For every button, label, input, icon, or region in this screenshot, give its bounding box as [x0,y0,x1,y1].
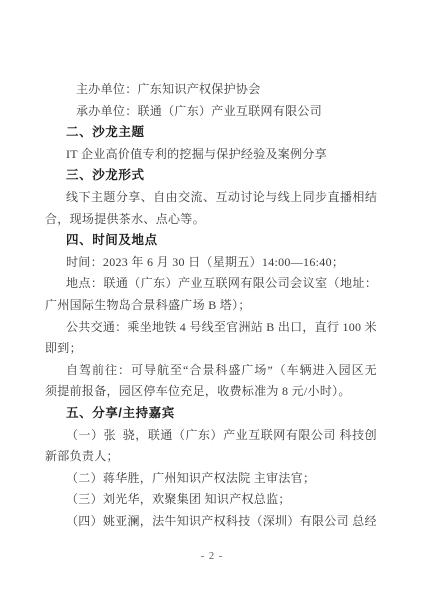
char: 产 [178,273,190,295]
char: 通 [103,317,115,339]
char: （ [66,425,78,447]
char: 上 [290,187,302,209]
char: 互 [248,425,260,447]
char: 航 [157,360,169,382]
char: 司 [323,425,335,447]
char: ） [91,425,103,447]
guest-1: （一）张 骁，联通（广东）产业互联网有限公司 科技创新部负责人； [45,425,377,468]
char: 盛 [228,360,240,382]
char: 播 [340,187,352,209]
char: 联 [215,273,227,295]
char: 铁 [164,317,176,339]
char: 交 [91,317,103,339]
char: 无 [365,360,377,382]
organizer-line: 主办单位：广东知识产权保护协会 [45,79,377,101]
char: 进 [313,360,325,382]
char: 主 [91,187,103,209]
char: 广 [241,360,253,382]
char: 联 [261,425,273,447]
char: 线 [202,317,214,339]
char: 直 [328,187,340,209]
char: （ [128,273,140,295]
char: 动 [228,187,240,209]
char: 创 [365,425,377,447]
char: 地 [340,273,352,295]
text-line: （四）姚亚澜，法牛知识产权科技（深圳）有限公司 总经 [45,511,377,533]
char: 张 [104,425,116,447]
char: 东 [198,425,210,447]
char: 互 [203,273,215,295]
char: ， [135,425,147,447]
char: 车 [287,360,299,382]
char: 站 [251,317,263,339]
section-heading-4: 四、时间及地点 [45,230,377,252]
public-transit: 公共交通：乘坐地铁 4 号线至官洲站 B 出口，直行 100 米即到； [45,317,377,360]
char: B [266,317,274,339]
char: 通 [116,273,128,295]
char: 坐 [140,317,152,339]
char: 业 [191,273,203,295]
char: 前 [92,360,104,382]
char: 出 [278,317,290,339]
char: ： [115,317,127,339]
char: 司 [278,273,290,295]
text-line: IT 企业高价值专利的挖掘与保护经验及案例分享 [45,144,377,166]
text-line: 主办单位：广东知识产权保护协会 [45,79,377,101]
char: 下 [78,187,90,209]
text-line: 地点：联通（广东）产业互联网有限公司会议室（地址： [45,273,377,295]
char: 区 [352,360,364,382]
document-body: 主办单位：广东知识产权保护协会承办单位：联通（广东）产业互联网有限公司二、沙龙主… [45,79,377,532]
event-time: 时间：2023 年 6 月 30 日（星期五）14:00—16:40； [45,252,377,274]
char: 有 [240,273,252,295]
char: ” [267,360,272,382]
char: 4 [180,317,186,339]
char: 联 [103,273,115,295]
text-line: （三）刘光华，欢聚集团 知识产权总监； [45,489,377,511]
char: 导 [144,360,156,382]
char: 流 [191,187,203,209]
char: 同 [303,187,315,209]
char: 行 [327,317,339,339]
char: 可 [131,360,143,382]
text-line: 承办单位：联通（广东）产业互联网有限公司 [45,101,377,123]
text-line: 三、沙龙形式 [45,165,377,187]
char: 场 [254,360,266,382]
char: 至 [170,360,182,382]
text-line: 须提前报备，园区停车位充足，收费标准为 8 元/小时）。 [45,381,377,403]
char: 官 [226,317,238,339]
char: 直 [315,317,327,339]
char: 口 [290,317,302,339]
char: ： [365,273,377,295]
guest-2: （二）蒋华胜，广州知识产权法院 主审法官； [45,468,377,490]
char: 号 [189,317,201,339]
text-line: 即到； [45,338,377,360]
char: 科 [340,425,352,447]
char: ） [211,425,223,447]
char: 辆 [300,360,312,382]
char: 结 [365,187,377,209]
text-line: （二）蒋华胜，广州知识产权法院 主审法官； [45,468,377,490]
text-line: 二、沙龙主题 [45,122,377,144]
co-organizer-line: 承办单位：联通（广东）产业互联网有限公司 [45,101,377,123]
text-line: 广州国际生物岛合景科盛广场 B 塔）； [45,295,377,317]
char: （ [274,360,286,382]
char: 往 [105,360,117,382]
salon-topic: IT 企业高价值专利的挖掘与保护经验及案例分享 [45,144,377,166]
char: “ [183,360,188,382]
char: 园 [339,360,351,382]
document-page: 主办单位：广东知识产权保护协会承办单位：联通（广东）产业互联网有限公司二、沙龙主… [0,0,424,600]
char: 0 [355,317,361,339]
char: 景 [202,360,214,382]
char: 室 [315,273,327,295]
char: 题 [103,187,115,209]
char: 线 [278,187,290,209]
section-heading-2: 二、沙龙主题 [45,122,377,144]
char: 东 [153,273,165,295]
char: ： [118,360,130,382]
char: 点 [78,273,90,295]
char: 米 [365,317,377,339]
event-location: 地点：联通（广东）产业互联网有限公司会议室（地址：广州国际生物岛合景科盛广场 B… [45,273,377,316]
text-line: 公共交通：乘坐地铁 4 号线至官洲站 B 出口，直行 100 米 [45,317,377,339]
char: 骁 [123,425,135,447]
text-line: 自驾前往：可导航至“合景科盛广场”（车辆进入园区无 [45,360,377,382]
text-line: 五、分享/主持嘉宾 [45,403,377,425]
char: 网 [273,425,285,447]
char: 业 [236,425,248,447]
char [116,425,122,447]
char: 限 [298,425,310,447]
char: 讨 [240,187,252,209]
char: ： [91,273,103,295]
char: 合 [189,360,201,382]
char: 至 [214,317,226,339]
char: 广 [141,273,153,295]
guest-3: （三）刘光华，欢聚集团 知识产权总监； [45,489,377,511]
char: 址 [352,273,364,295]
char: 自 [66,360,78,382]
char: （ [328,273,340,295]
section-heading-5: 五、分享/主持嘉宾 [45,403,377,425]
char: 1 [343,317,349,339]
char: 技 [352,425,364,447]
text-line: 四、时间及地点 [45,230,377,252]
char: 、 [203,187,215,209]
char: 公 [265,273,277,295]
char: 驾 [79,360,91,382]
char: 论 [253,187,265,209]
guest-4: （四）姚亚澜，法牛知识产权科技（深圳）有限公司 总经 [45,511,377,533]
char: 与 [265,187,277,209]
char: 产 [223,425,235,447]
char: 入 [326,360,338,382]
text-line: 时间：2023 年 6 月 30 日（星期五）14:00—16:40； [45,252,377,274]
driving-directions: 自驾前往：可导航至“合景科盛广场”（车辆进入园区无须提前报备，园区停车位充足，收… [45,360,377,403]
section-heading-3: 三、沙龙形式 [45,165,377,187]
char: 限 [253,273,265,295]
char: ） [166,273,178,295]
char: 由 [166,187,178,209]
char: 相 [352,187,364,209]
char: ， [302,317,314,339]
char: 洲 [238,317,250,339]
text-line: （一）张 骁，联通（广东）产业互联网有限公司 科技创 [45,425,377,447]
char: 享 [128,187,140,209]
char: 地 [66,273,78,295]
char: （ [173,425,185,447]
char: 乘 [127,317,139,339]
char: 通 [160,425,172,447]
char: 交 [178,187,190,209]
char: 步 [315,187,327,209]
text-line: 合，现场提供茶水、点心等。 [45,209,377,231]
char: 广 [185,425,197,447]
page-number: - 2 - [0,551,424,562]
char: 自 [153,187,165,209]
char: 联 [148,425,160,447]
char: 议 [303,273,315,295]
char: 0 [349,317,355,339]
char: 一 [79,425,91,447]
char: 公 [66,317,78,339]
char: 公 [311,425,323,447]
char: 分 [116,187,128,209]
char: 网 [228,273,240,295]
char: 会 [290,273,302,295]
char: 有 [286,425,298,447]
char: 科 [215,360,227,382]
text-line: 线下主题分享、自由交流、互动讨论与线上同步直播相结 [45,187,377,209]
char: 互 [215,187,227,209]
salon-format: 线下主题分享、自由交流、互动讨论与线上同步直播相结合，现场提供茶水、点心等。 [45,187,377,230]
char: 共 [78,317,90,339]
char: 地 [152,317,164,339]
char: 线 [66,187,78,209]
char: 、 [141,187,153,209]
text-line: 新部负责人； [45,446,377,468]
